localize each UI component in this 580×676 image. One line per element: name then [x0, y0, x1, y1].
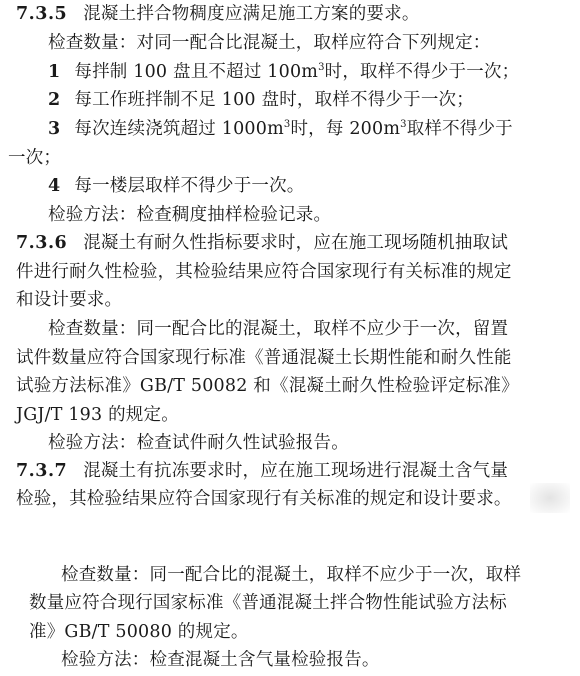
check-quantity: 检查数量：同一配合比的混凝土，取样不应少于一次，留置 [48, 318, 508, 340]
check-quantity-line: JGJ/T 193 的规定。 [16, 404, 179, 426]
clause-number: 7.3.6 [16, 233, 67, 253]
list-item-4: 4每一楼层取样不得少于一次。 [48, 175, 305, 197]
clause-text-line: 和设计要求。 [16, 289, 122, 311]
clause-number: 7.3.5 [16, 4, 67, 24]
check-quantity-line: 准》GB/T 50080 的规定。 [29, 621, 249, 643]
clause-text-line: 检验，其检验结果应符合国家现行有关标准的规定和设计要求。 [16, 488, 512, 510]
clause-7-3-7-heading: 7.3.7混凝土有抗冻要求时，应在施工现场进行混凝土含气量 [16, 460, 508, 482]
list-item-2: 2每工作班拌制不足 100 盘时，取样不得少于一次； [48, 89, 474, 111]
check-quantity-line: 试验方法标准》GB/T 50082 和《混凝土耐久性检验评定标准》 [16, 375, 519, 397]
check-quantity-line: 试件数量应符合国家现行标准《普通混凝土长期性能和耐久性能 [16, 347, 512, 369]
clause-title: 混凝土拌合物稠度应满足施工方案的要求。 [83, 4, 419, 24]
list-item-3: 3每次连续浇筑超过 1000m3时，每 200m3取样不得少于 [48, 118, 513, 140]
check-method: 检验方法：检查混凝土含气量检验报告。 [61, 649, 380, 671]
clause-7-3-5-heading: 7.3.5混凝土拌合物稠度应满足施工方案的要求。 [16, 3, 420, 25]
list-item-3-continuation: 一次； [8, 147, 61, 169]
clause-number: 7.3.7 [16, 461, 67, 481]
check-quantity: 检查数量：对同一配合比混凝土，取样应符合下列规定： [48, 32, 491, 54]
check-method: 检验方法：检查试件耐久性试验报告。 [48, 432, 349, 454]
check-method: 检验方法：检查稠度抽样检验记录。 [48, 204, 331, 226]
scan-smudge [530, 483, 570, 513]
check-quantity-line: 数量应符合现行国家标准《普通混凝土拌合物性能试验方法标 [29, 592, 507, 614]
clause-text-line: 件进行耐久性检验，其检验结果应符合国家现行有关标准的规定 [16, 261, 512, 283]
check-quantity: 检查数量：同一配合比的混凝土，取样不应少于一次，取样 [61, 564, 521, 586]
clause-7-3-6-heading: 7.3.6混凝土有耐久性指标要求时，应在施工现场随机抽取试 [16, 232, 508, 254]
list-item-1: 1每拌制 100 盘且不超过 100m3时，取样不得少于一次； [48, 61, 519, 83]
document-page: 7.3.5混凝土拌合物稠度应满足施工方案的要求。 检查数量：对同一配合比混凝土，… [0, 0, 580, 676]
